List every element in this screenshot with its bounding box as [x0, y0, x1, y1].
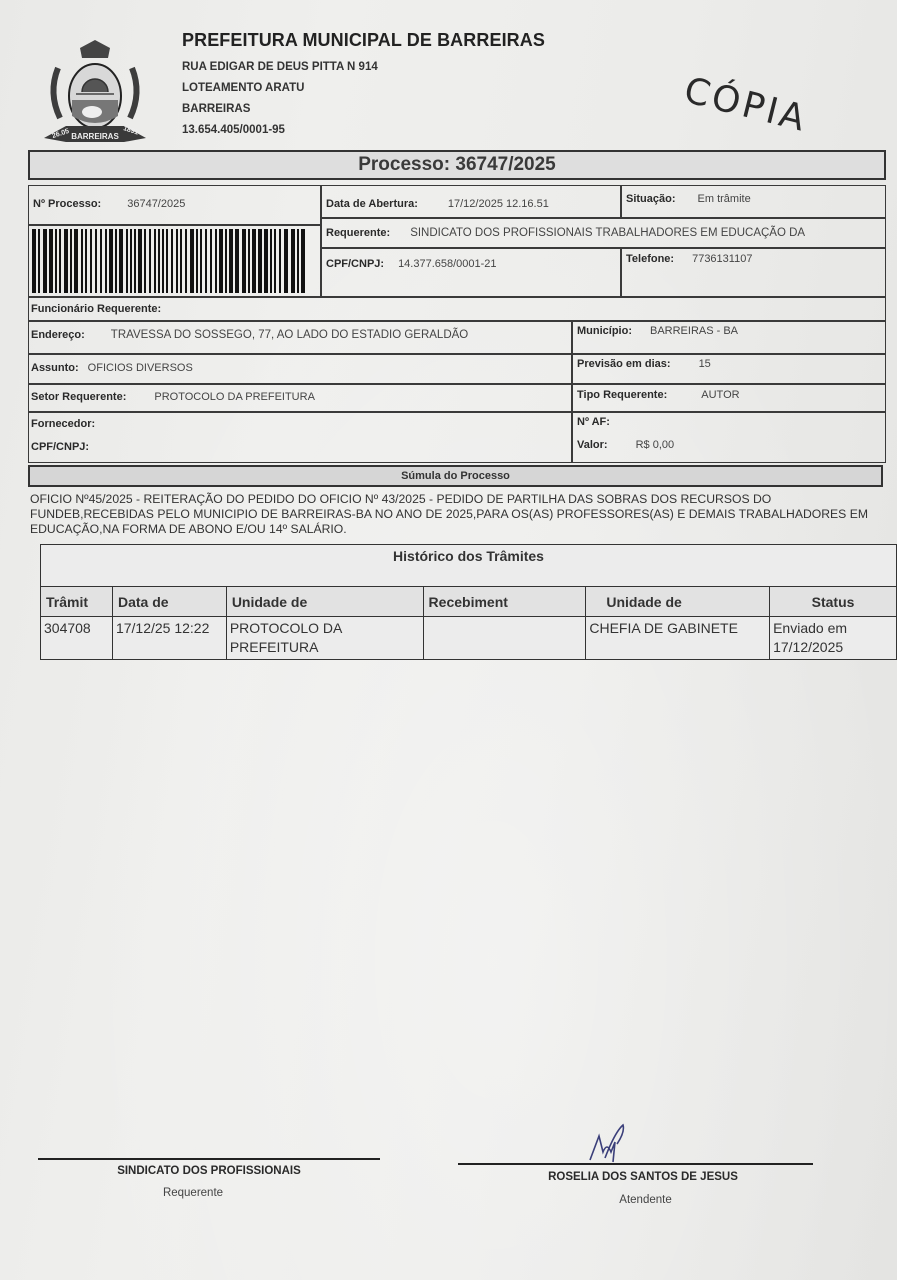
- label: Município:: [577, 325, 632, 337]
- org-cnpj: 13.654.405/0001-95: [182, 124, 545, 136]
- barcode-bar: [196, 229, 198, 293]
- barcode-bar: [215, 229, 217, 293]
- cell-recebimento: [423, 617, 586, 660]
- cell-unidade-origem: PROTOCOLO DA PREFEITURA: [226, 617, 423, 660]
- label: Valor:: [577, 439, 608, 451]
- barcode-bar: [134, 229, 136, 293]
- label: CPF/CNPJ:: [326, 258, 384, 270]
- barcode-bar: [119, 229, 123, 293]
- barcode-bar: [242, 229, 246, 293]
- value: PROTOCOLO DA PREFEITURA: [154, 391, 315, 403]
- label: Situação:: [626, 193, 676, 205]
- barcode-bar: [190, 229, 194, 293]
- value: 15: [699, 358, 711, 370]
- barcode-bar: [180, 229, 182, 293]
- barcode-bar: [100, 229, 102, 293]
- barcode-bar: [235, 229, 239, 293]
- barcode-bar: [81, 229, 83, 293]
- label: Requerente:: [326, 227, 390, 239]
- label: Setor Requerente:: [31, 391, 126, 403]
- barcode-bar: [85, 229, 87, 293]
- barcode-bar: [70, 229, 72, 293]
- divider: [571, 320, 573, 463]
- col-tramite: Trâmit: [41, 587, 113, 617]
- label: Previsão em dias:: [577, 358, 671, 370]
- barcode-bar: [59, 229, 61, 293]
- field-cpf-cnpj: CPF/CNPJ: 14.377.658/0001-21: [326, 258, 497, 270]
- field-tipo-requerente: Tipo Requerente: AUTOR: [577, 389, 740, 401]
- value: OFICIOS DIVERSOS: [88, 362, 193, 374]
- barcode-bar: [284, 229, 288, 293]
- field-requerente: Requerente: SINDICATO DOS PROFISSIONAIS …: [326, 227, 805, 239]
- page-title: Processo: 36747/2025: [28, 150, 886, 180]
- field-fornecedor: Fornecedor:: [31, 418, 95, 430]
- divider: [28, 411, 886, 413]
- label: Nº AF:: [577, 416, 610, 428]
- label: Telefone:: [626, 253, 674, 265]
- municipal-coat-of-arms-icon: 26.05 1891 BARREIRAS: [38, 38, 152, 148]
- value: AUTOR: [701, 389, 739, 401]
- field-fornecedor-cpf-cnpj: CPF/CNPJ:: [31, 441, 89, 453]
- signature-line-requerente: [38, 1158, 380, 1160]
- barcode-bar: [154, 229, 156, 293]
- barcode-bar: [32, 229, 36, 293]
- address-street: RUA EDIGAR DE DEUS PITTA N 914: [182, 61, 545, 73]
- barcode-bar: [248, 229, 250, 293]
- field-previsao-dias: Previsão em dias: 15: [577, 358, 711, 370]
- col-status: Status: [770, 587, 897, 617]
- sumula-header: Súmula do Processo: [28, 465, 883, 487]
- barcode-bar: [219, 229, 223, 293]
- barcode-bar: [291, 229, 295, 293]
- divider: [320, 185, 322, 297]
- barcode-bar: [126, 229, 128, 293]
- history-title: Histórico dos Trâmites: [41, 545, 897, 587]
- col-recebimento: Recebiment: [423, 587, 586, 617]
- history-table: Histórico dos Trâmites Trâmit Data de Un…: [40, 544, 897, 660]
- copy-stamp: CÓPIA: [680, 70, 812, 140]
- value: 36747/2025: [127, 198, 185, 210]
- requester-info-box: [28, 297, 886, 463]
- cell-status: Enviado em 17/12/2025: [770, 617, 897, 660]
- barcode-bar: [95, 229, 97, 293]
- label: Data de Abertura:: [326, 198, 418, 210]
- col-data: Data de: [112, 587, 226, 617]
- field-numero-af: Nº AF:: [577, 416, 610, 428]
- org-name: PREFEITURA MUNICIPAL DE BARREIRAS: [182, 30, 545, 51]
- barcode-bar: [252, 229, 256, 293]
- value: BARREIRAS - BA: [650, 325, 738, 337]
- col-unidade-origem: Unidade de: [226, 587, 423, 617]
- table-row: 304708 17/12/25 12:22 PROTOCOLO DA PREFE…: [41, 617, 897, 660]
- barcode-bar: [225, 229, 227, 293]
- barcode-bar: [264, 229, 268, 293]
- barcode-bar: [74, 229, 78, 293]
- divider: [28, 383, 886, 385]
- value: 7736131107: [692, 253, 752, 265]
- field-situacao: Situação: Em trâmite: [626, 193, 751, 205]
- sumula-text: OFICIO Nº45/2025 - REITERAÇÃO DO PEDIDO …: [30, 492, 870, 537]
- value: TRAVESSA DO SOSSEGO, 77, AO LADO DO ESTA…: [111, 329, 468, 341]
- barcode-bar: [64, 229, 68, 293]
- barcode-bar: [205, 229, 207, 293]
- barcode-bar: [301, 229, 305, 293]
- barcode-bar: [229, 229, 233, 293]
- barcode-bar: [49, 229, 53, 293]
- label: Funcionário Requerente:: [31, 303, 161, 315]
- barcode-bar: [258, 229, 262, 293]
- barcode-bar: [162, 229, 164, 293]
- label: Endereço:: [31, 329, 85, 341]
- divider: [28, 353, 886, 355]
- label: Tipo Requerente:: [577, 389, 667, 401]
- value: SINDICATO DOS PROFISSIONAIS TRABALHADORE…: [410, 227, 805, 239]
- barcode-bar: [115, 229, 117, 293]
- barcode-bar: [138, 229, 142, 293]
- handwritten-signature-icon: [585, 1122, 635, 1167]
- field-funcionario-requerente: Funcionário Requerente:: [31, 303, 161, 315]
- barcode-bar: [279, 229, 281, 293]
- field-assunto: Assunto: OFICIOS DIVERSOS: [31, 362, 193, 374]
- divider: [28, 224, 320, 226]
- barcode-bar: [109, 229, 113, 293]
- barcode-bar: [171, 229, 173, 293]
- history-header-row: Trâmit Data de Unidade de Recebiment Uni…: [41, 587, 897, 617]
- barcode-bar: [158, 229, 160, 293]
- divider: [620, 185, 622, 217]
- status-badge: Em trâmite: [698, 193, 751, 205]
- field-municipio: Município: BARREIRAS - BA: [577, 325, 738, 337]
- cell-tramite: 304708: [41, 617, 113, 660]
- address-city: BARREIRAS: [182, 103, 545, 115]
- label: Fornecedor:: [31, 418, 95, 430]
- divider: [620, 247, 622, 297]
- divider: [320, 247, 886, 249]
- signature-line-atendente: [458, 1163, 813, 1165]
- signatory-role-atendente: Atendente: [458, 1194, 833, 1206]
- barcode-bar: [43, 229, 47, 293]
- barcode-bar: [38, 229, 40, 293]
- cell-data: 17/12/25 12:22: [112, 617, 226, 660]
- label: Nº Processo:: [33, 198, 101, 210]
- label: CPF/CNPJ:: [31, 441, 89, 453]
- process-barcode: [32, 229, 310, 293]
- cell-unidade-destino: CHEFIA DE GABINETE: [586, 617, 770, 660]
- barcode-bar: [149, 229, 151, 293]
- field-numero-processo: Nº Processo: 36747/2025: [33, 198, 185, 210]
- barcode-bar: [274, 229, 276, 293]
- value: R$ 0,00: [636, 439, 675, 451]
- field-valor: Valor: R$ 0,00: [577, 439, 674, 451]
- barcode-bar: [297, 229, 299, 293]
- field-data-abertura: Data de Abertura: 17/12/2025 12.16.51: [326, 198, 549, 210]
- field-telefone: Telefone: 7736131107: [626, 253, 752, 265]
- letterhead: PREFEITURA MUNICIPAL DE BARREIRAS RUA ED…: [182, 30, 545, 136]
- value: 14.377.658/0001-21: [398, 258, 496, 270]
- barcode-bar: [210, 229, 212, 293]
- col-unidade-destino: Unidade de: [586, 587, 770, 617]
- divider: [28, 320, 886, 322]
- barcode-bar: [176, 229, 178, 293]
- barcode-bar: [166, 229, 168, 293]
- field-setor-requerente: Setor Requerente: PROTOCOLO DA PREFEITUR…: [31, 391, 315, 403]
- label: Assunto:: [31, 362, 79, 374]
- value: 17/12/2025 12.16.51: [448, 198, 549, 210]
- barcode-bar: [270, 229, 272, 293]
- barcode-bar: [200, 229, 202, 293]
- signatory-name-requerente: SINDICATO DOS PROFISSIONAIS: [38, 1165, 380, 1177]
- barcode-bar: [185, 229, 187, 293]
- signatory-role-requerente: Requerente: [38, 1187, 348, 1199]
- barcode-bar: [144, 229, 146, 293]
- signatory-name-atendente: ROSELIA DOS SANTOS DE JESUS: [458, 1171, 828, 1183]
- divider: [320, 217, 886, 219]
- address-district: LOTEAMENTO ARATU: [182, 82, 545, 94]
- field-endereco: Endereço: TRAVESSA DO SOSSEGO, 77, AO LA…: [31, 329, 468, 341]
- logo-ribbon-center: BARREIRAS: [71, 132, 119, 141]
- barcode-bar: [105, 229, 107, 293]
- barcode-bar: [55, 229, 57, 293]
- barcode-bar: [130, 229, 132, 293]
- barcode-bar: [90, 229, 92, 293]
